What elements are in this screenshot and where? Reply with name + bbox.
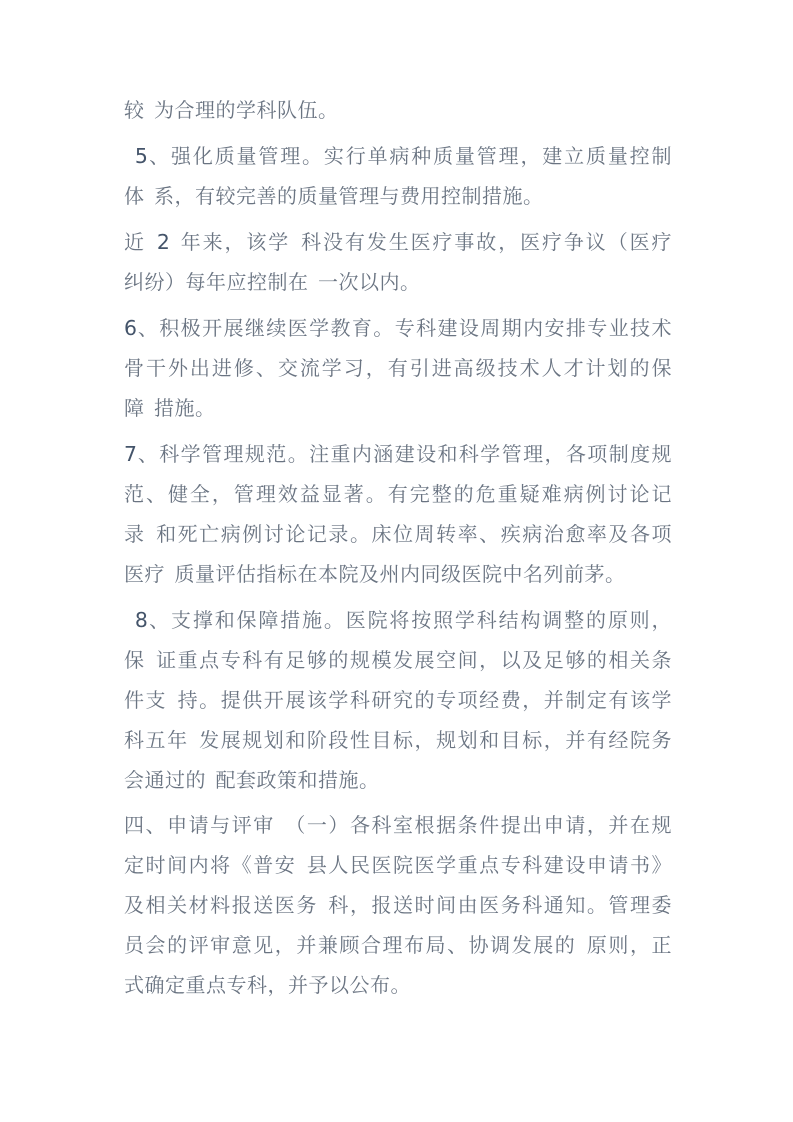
text-line: 8、支撑和保障措施。医院将按照学科结构调整的原则， — [124, 600, 672, 641]
text-line: 骨干外出进修、交流学习，有引进高级技术人才计划的保 — [124, 349, 672, 389]
text-line: 范、健全，管理效益显著。有完整的危重疑难病例讨论记 — [124, 475, 672, 515]
document-page: 较 为合理的学科队伍。 5、强化质量管理。实行单病种质量管理，建立质量控制体 系… — [0, 0, 793, 1122]
text-line: 6、积极开展继续医学教育。专科建设周期内安排专业技术 — [124, 308, 672, 349]
paragraph: 6、积极开展继续医学教育。专科建设周期内安排专业技术骨干外出进修、交流学习，有引… — [124, 308, 672, 429]
text-line: 式确定重点专科，并予以公布。 — [124, 966, 672, 1006]
latin-digit: 8 — [135, 608, 148, 632]
paragraph: 较 为合理的学科队伍。 — [124, 91, 672, 131]
text-line: 保 证重点专科有足够的规模发展空间，以及足够的相关条 — [124, 641, 672, 681]
text-line: 科五年 发展规划和阶段性目标，规划和目标，并有经院务 — [124, 721, 672, 761]
text-line: 及相关材料报送医务 科，报送时间由医务科通知。管理委 — [124, 886, 672, 926]
text-column: 较 为合理的学科队伍。 5、强化质量管理。实行单病种质量管理，建立质量控制体 系… — [124, 91, 672, 1011]
text-line: 纠纷）每年应控制在 一次以内。 — [124, 263, 672, 303]
text-line: 件支 持。提供开展该学科研究的专项经费，并制定有该学 — [124, 681, 672, 721]
text-line: 5、强化质量管理。实行单病种质量管理，建立质量控制 — [124, 136, 672, 177]
latin-digit: 6 — [124, 316, 137, 340]
text-line: 体 系，有较完善的质量管理与费用控制措施。 — [124, 177, 672, 217]
paragraph: 四、申请与评审 （一）各科室根据条件提出申请，并在规定时间内将《普安 县人民医院… — [124, 806, 672, 1006]
text-line: 较 为合理的学科队伍。 — [124, 91, 672, 131]
paragraph: 7、科学管理规范。注重内涵建设和科学管理，各项制度规范、健全，管理效益显著。有完… — [124, 434, 672, 595]
text-line: 会通过的 配套政策和措施。 — [124, 761, 672, 801]
text-line: 7、科学管理规范。注重内涵建设和科学管理，各项制度规 — [124, 434, 672, 475]
text-line: 近 2 年来，该学 科没有发生医疗事故，医疗争议（医疗 — [124, 222, 672, 263]
text-line: 医疗 质量评估指标在本院及州内同级医院中名列前茅。 — [124, 555, 672, 595]
paragraph: 8、支撑和保障措施。医院将按照学科结构调整的原则，保 证重点专科有足够的规模发展… — [124, 600, 672, 801]
text-line: 四、申请与评审 （一）各科室根据条件提出申请，并在规 — [124, 806, 672, 846]
latin-digit: 5 — [135, 144, 148, 168]
latin-digit: 7 — [124, 442, 137, 466]
text-line: 定时间内将《普安 县人民医院医学重点专科建设申请书》 — [124, 846, 672, 886]
latin-digit: 2 — [157, 230, 170, 254]
paragraph: 5、强化质量管理。实行单病种质量管理，建立质量控制体 系，有较完善的质量管理与费… — [124, 136, 672, 217]
text-line: 员会的评审意见，并兼顾合理布局、协调发展的 原则，正 — [124, 926, 672, 966]
paragraph: 近 2 年来，该学 科没有发生医疗事故，医疗争议（医疗纠纷）每年应控制在 一次以… — [124, 222, 672, 303]
text-line: 障 措施。 — [124, 389, 672, 429]
text-line: 录 和死亡病例讨论记录。床位周转率、疾病治愈率及各项 — [124, 515, 672, 555]
